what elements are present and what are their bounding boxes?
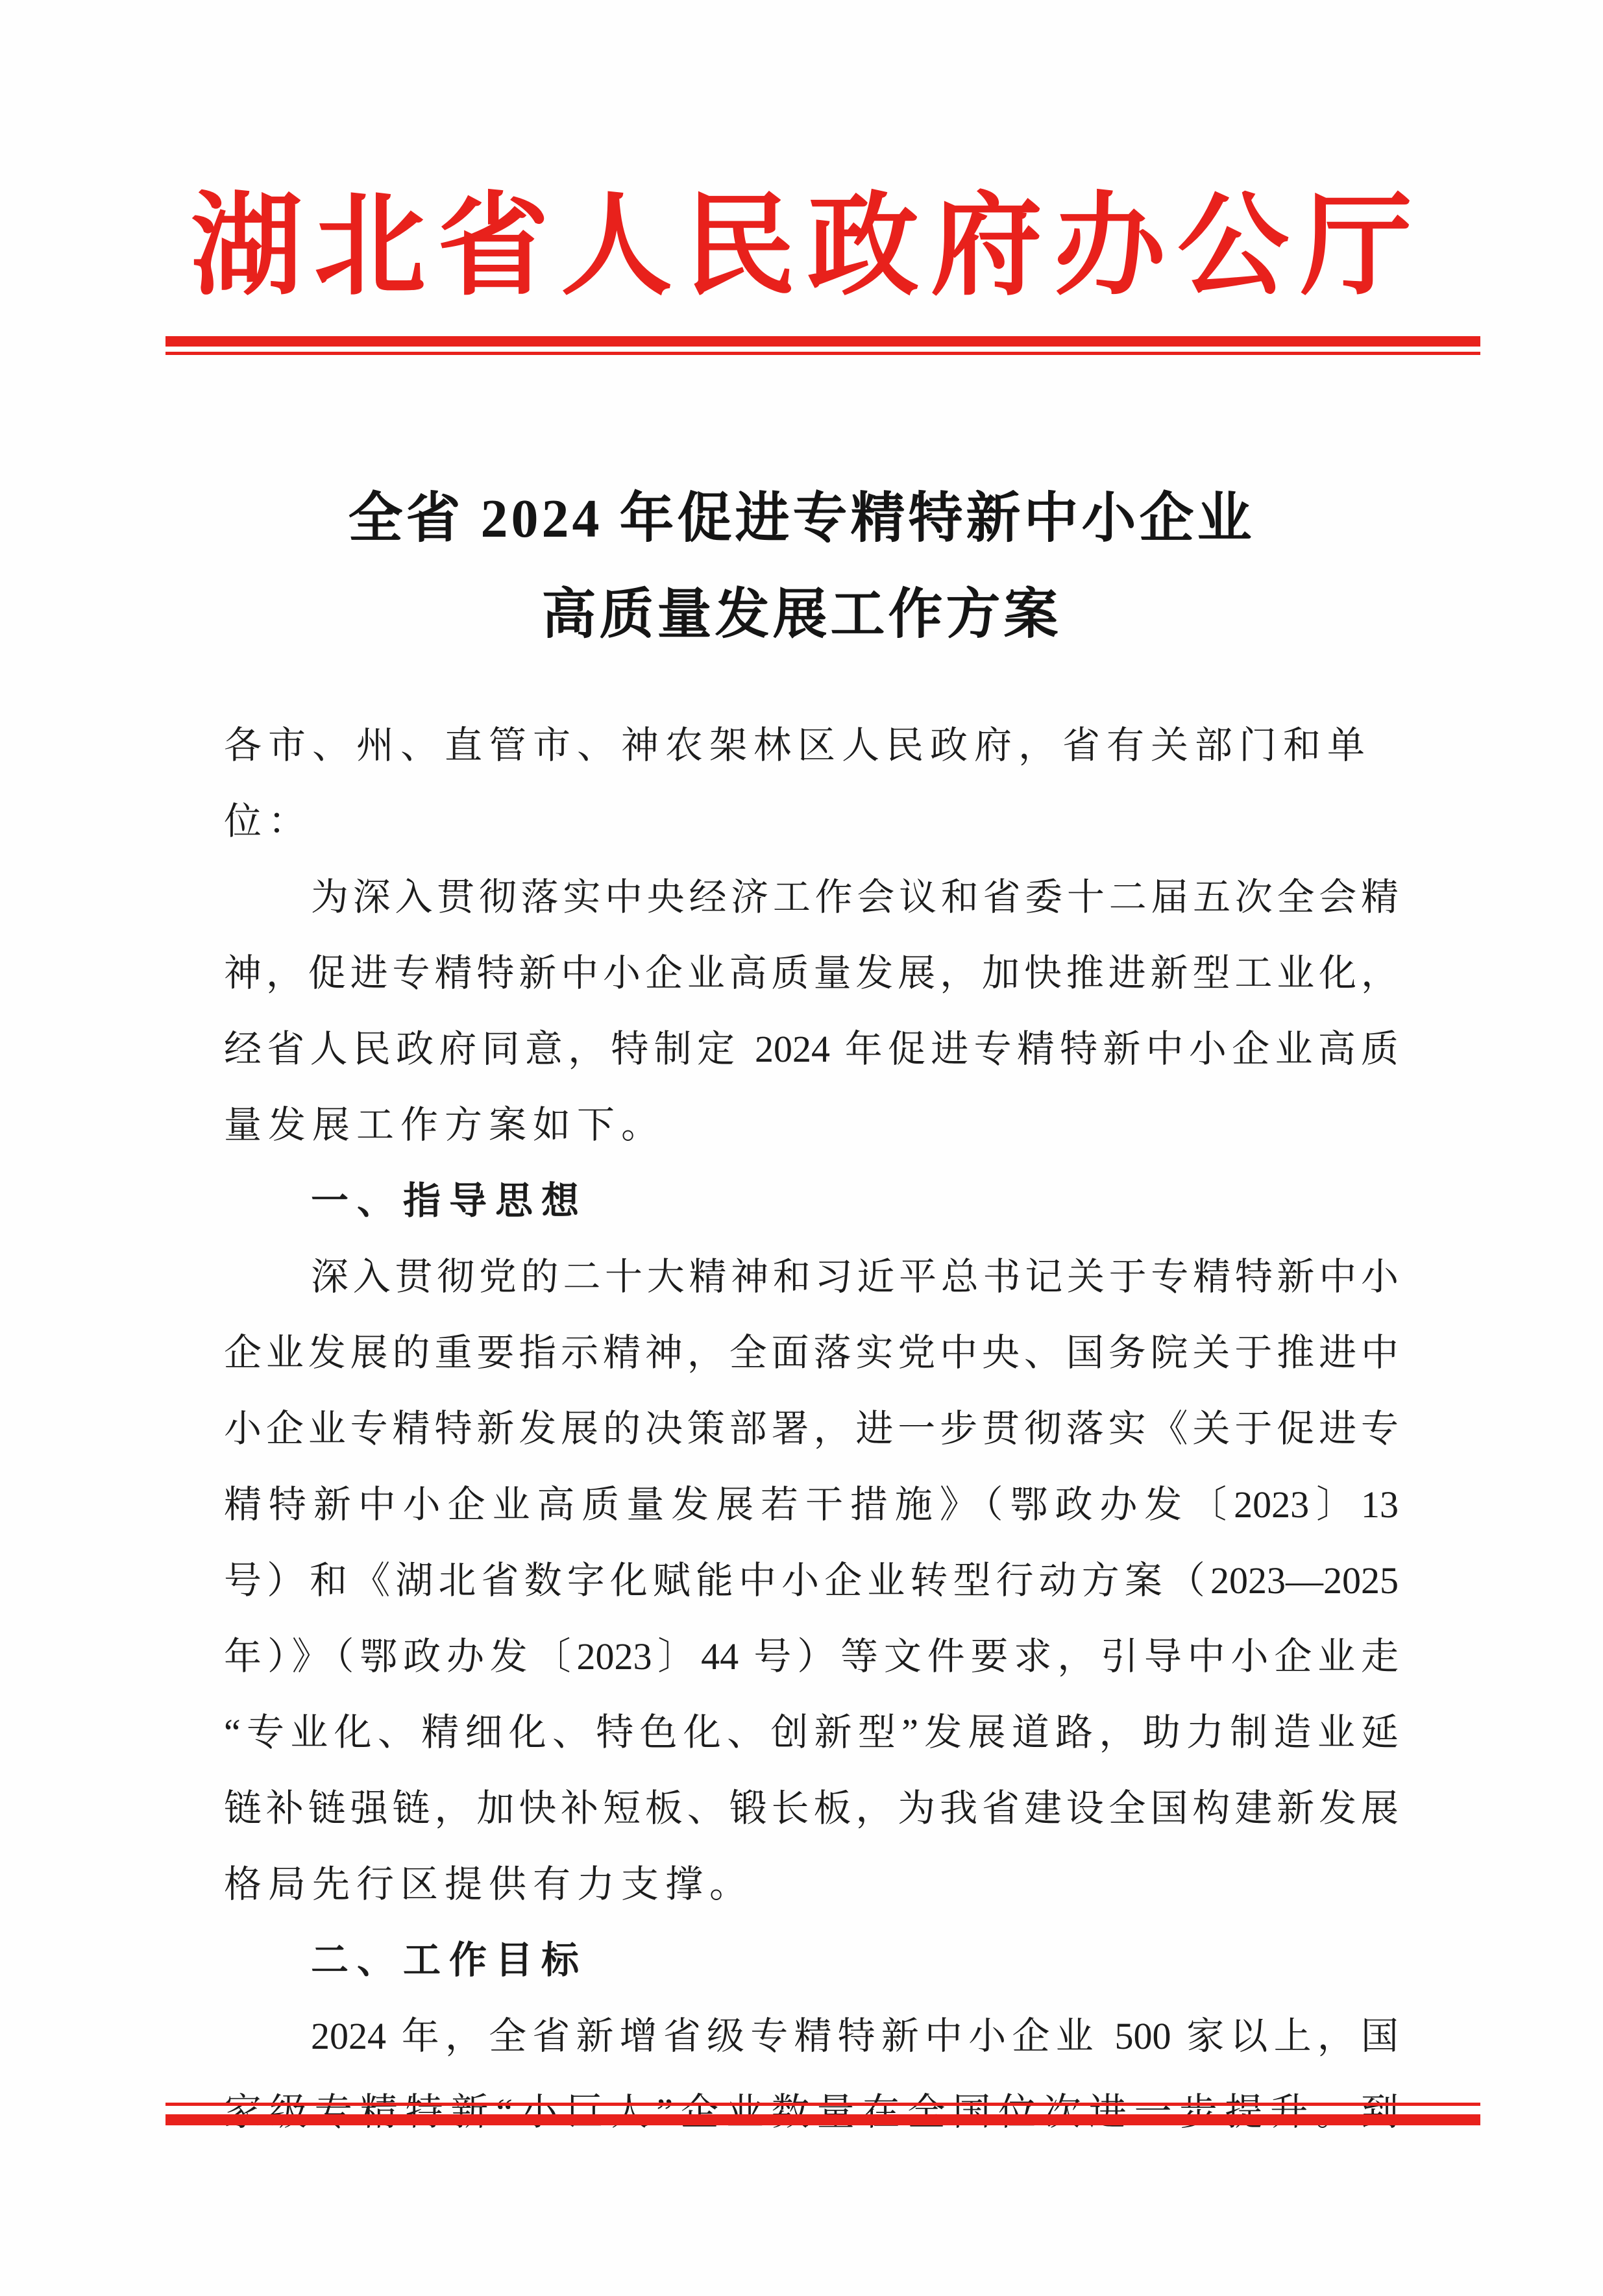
header-rule-thick	[165, 336, 1480, 347]
body-line: 经省人民政府同意，特制定 2024 年促进专精特新中小企业高质	[224, 1011, 1399, 1087]
body-line: 家级专精特新“小巨人”企业数量在全国位次进一步提升。到	[224, 2074, 1399, 2150]
body-line: 小企业专精特新发展的决策部署，进一步贯彻落实《关于促进专	[224, 1391, 1399, 1467]
footer-rule-thick	[165, 2114, 1480, 2125]
document-body: 各市、州、直管市、神农架林区人民政府，省有关部门和单位：为深入贯彻落实中央经济工…	[224, 707, 1399, 2150]
body-line: 为深入贯彻落实中央经济工作会议和省委十二届五次全会精	[224, 859, 1399, 935]
body-line: 号）和《湖北省数字化赋能中小企业转型行动方案（2023—2025	[224, 1543, 1399, 1618]
section-heading: 二、工作目标	[224, 1922, 1399, 1998]
body-line: 量发展工作方案如下。	[224, 1087, 1399, 1163]
body-line: 2024 年，全省新增省级专精特新中小企业 500 家以上，国	[224, 1998, 1399, 2074]
document-page: 湖北省人民政府办公厅 全省 2024 年促进专精特新中小企业 高质量发展工作方案…	[0, 0, 1603, 2296]
section-heading: 一、指导思想	[224, 1163, 1399, 1239]
body-line: 神，促进专精特新中小企业高质量发展，加快推进新型工业化，	[224, 935, 1399, 1011]
document-title: 全省 2024 年促进专精特新中小企业 高质量发展工作方案	[0, 471, 1603, 663]
footer-rule-thin	[165, 2103, 1480, 2106]
document-title-line2: 高质量发展工作方案	[0, 567, 1603, 663]
body-line: 企业发展的重要指示精神，全面落实党中央、国务院关于推进中	[224, 1315, 1399, 1391]
body-line: 链补链强链，加快补短板、锻长板，为我省建设全国构建新发展	[224, 1770, 1399, 1846]
body-line: 年）》（鄂政办发〔2023〕44 号）等文件要求，引导中小企业走	[224, 1618, 1399, 1694]
body-line: “专业化、精细化、特色化、创新型”发展道路，助力制造业延	[224, 1694, 1399, 1770]
document-title-line1: 全省 2024 年促进专精特新中小企业	[0, 471, 1603, 567]
body-line: 格局先行区提供有力支撑。	[224, 1846, 1399, 1922]
letterhead-office-name: 湖北省人民政府办公厅	[0, 186, 1603, 309]
body-line: 各市、州、直管市、神农架林区人民政府，省有关部门和单位：	[224, 707, 1399, 859]
header-rule-thin	[165, 352, 1480, 355]
body-line: 精特新中小企业高质量发展若干措施》（鄂政办发〔2023〕13	[224, 1467, 1399, 1543]
body-line: 深入贯彻党的二十大精神和习近平总书记关于专精特新中小	[224, 1239, 1399, 1315]
